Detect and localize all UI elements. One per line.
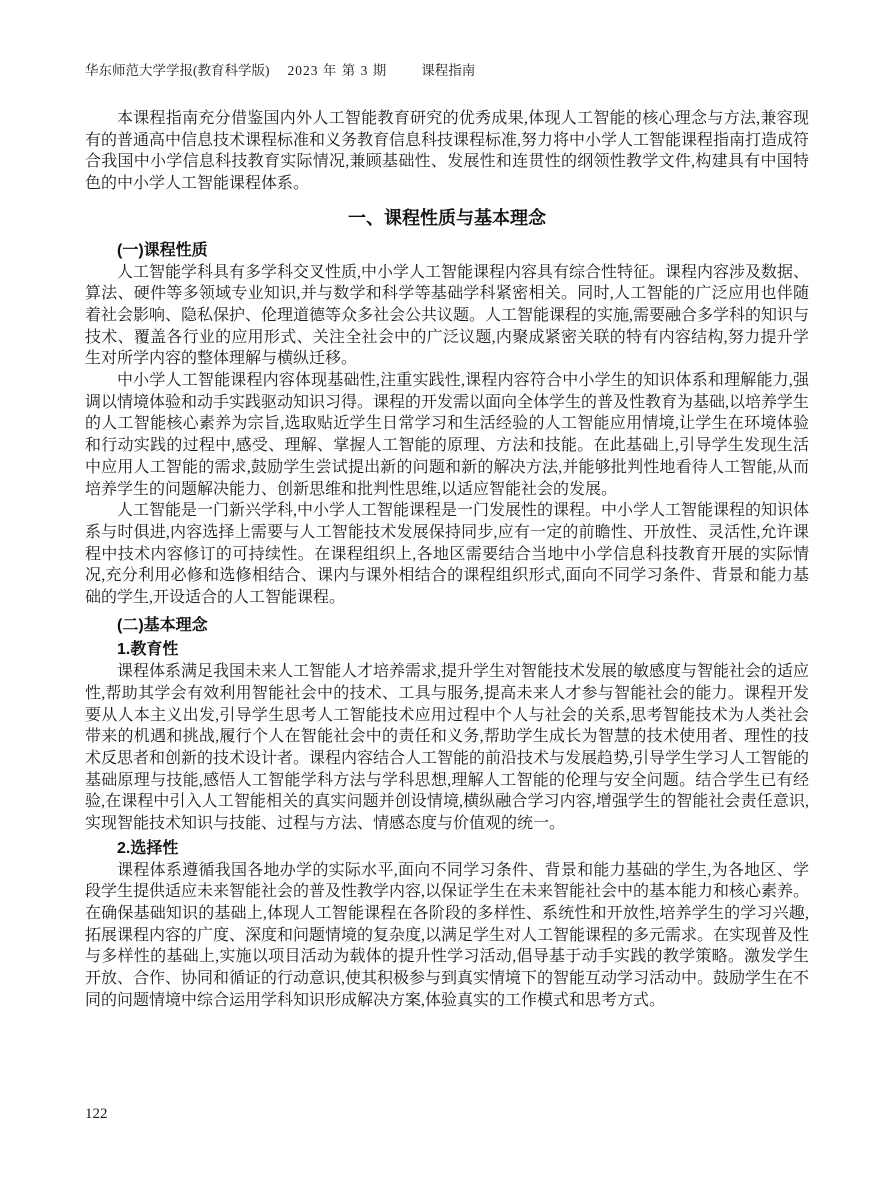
issue-info: 2023 年 第 3 期 xyxy=(288,63,388,78)
journal-name: 华东师范大学学报(教育科学版) xyxy=(85,63,270,78)
intro-paragraph: 本课程指南充分借鉴国内外人工智能教育研究的优秀成果,体现人工智能的核心理念与方法… xyxy=(85,108,809,195)
section-title: 一、课程性质与基本理念 xyxy=(85,206,809,230)
page-number: 122 xyxy=(85,1106,108,1123)
subsection-2-title: (二)基本理念 xyxy=(85,615,809,637)
document-body: 本课程指南充分借鉴国内外人工智能教育研究的优秀成果,体现人工智能的核心理念与方法… xyxy=(85,108,809,1011)
subsection-1-paragraph-1: 人工智能学科具有多学科交叉性质,中小学人工智能课程内容具有综合性特征。课程内容涉… xyxy=(85,262,809,371)
subsection-1-paragraph-2: 中小学人工智能课程内容体现基础性,注重实践性,课程内容符合中小学生的知识体系和理… xyxy=(85,370,809,500)
point-2-paragraph: 课程体系遵循我国各地办学的实际水平,面向不同学习条件、背景和能力基础的学生,为各… xyxy=(85,860,809,1012)
point-1-paragraph: 课程体系满足我国未来人工智能人才培养需求,提升学生对智能技术发展的敏感度与智能社… xyxy=(85,661,809,835)
document-page: 华东师范大学学报(教育科学版)2023 年 第 3 期课程指南 本课程指南充分借… xyxy=(0,0,893,1199)
point-2-label: 2.选择性 xyxy=(85,838,809,860)
point-1-label: 1.教育性 xyxy=(85,639,809,661)
page-header: 华东师范大学学报(教育科学版)2023 年 第 3 期课程指南 xyxy=(85,62,809,80)
subsection-1-paragraph-3: 人工智能是一门新兴学科,中小学人工智能课程是一门发展性的课程。中小学人工智能课程… xyxy=(85,500,809,609)
subsection-1-title: (一)课程性质 xyxy=(85,240,809,262)
column-name: 课程指南 xyxy=(421,63,475,78)
